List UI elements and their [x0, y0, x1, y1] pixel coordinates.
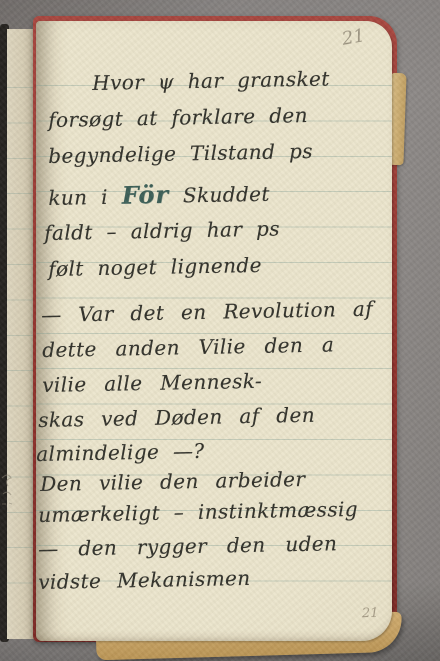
notebook-photograph: 21 Hvor ψ har gransket forsøgt at forkla… — [0, 0, 440, 661]
handwriting-line: følt noget lignende — [48, 253, 262, 281]
page-number-bottom: 21 — [362, 606, 379, 622]
notebook-page: 21 Hvor ψ har gransket forsøgt at forkla… — [36, 21, 392, 641]
handwriting-line: almindelige —? — [36, 439, 205, 466]
handwriting-line: dette anden Vilie den a — [42, 332, 334, 362]
handwriting-line: Hvor ψ har gransket — [92, 66, 330, 95]
handwriting-segment: kun i — [48, 185, 122, 210]
handwriting-line: begyndelige Tilstand ps — [48, 139, 313, 168]
handwriting-line: faldt – aldrig har ps — [44, 216, 280, 245]
handwriting-overwritten-word: För — [121, 180, 169, 210]
handwriting-line: umærkeligt – instinktmæssig — [38, 497, 358, 527]
handwriting-line: kun i För Skuddet — [48, 178, 270, 211]
handwriting-line: — Var det en Revolution af — [41, 297, 373, 327]
handwriting-line: vilie alle Mennesk- — [42, 369, 262, 397]
handwriting-segment: Skuddet — [169, 182, 270, 208]
handwriting-line: forsøgt at forklare den — [48, 103, 308, 132]
handwriting-line: Den vilie den arbeider — [40, 467, 306, 496]
left-page-edge — [7, 29, 36, 639]
margin-scribble — [0, 468, 26, 512]
page-number-top: 21 — [340, 25, 366, 50]
handwriting-line: vidste Mekanismen — [38, 566, 251, 594]
handwriting-line: skas ved Døden af den — [38, 403, 315, 432]
handwriting-line: — den rygger den uden — [38, 531, 338, 561]
